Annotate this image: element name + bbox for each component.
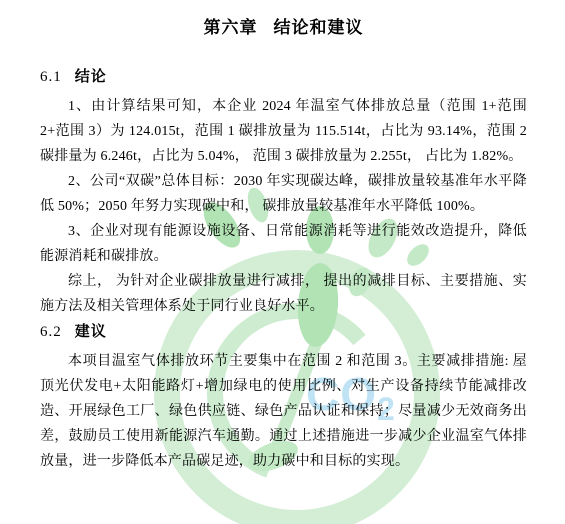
section-label: 建议 (75, 324, 107, 340)
section-number: 6.1 (40, 69, 62, 85)
section-heading-6-1: 6.1结论 (40, 68, 527, 86)
section-6-2-body: 本项目温室气体排放环节主要集中在范围 2 和范围 3。主要减排措施: 屋顶光伏发… (40, 349, 527, 474)
section-number: 6.2 (40, 324, 62, 340)
chapter-number: 第六章 (204, 18, 258, 37)
body-paragraph: 2、公司“双碳”总体目标：2030 年实现碳达峰，碳排放量较基准年水平降低 50… (40, 169, 527, 219)
body-paragraph: 3、企业对现有能源设施设备、日常能源消耗等进行能效改造提升，降低能源消耗和碳排放… (40, 219, 527, 269)
document-content: 第六章结论和建议 6.1结论 1、由计算结果可知，本企业 2024 年温室气体排… (0, 0, 565, 524)
section-6-1-body: 1、由计算结果可知，本企业 2024 年温室气体排放总量（范围 1+范围 2+范… (40, 94, 527, 319)
document-page: CO2 第六章结论和建议 6.1结论 1、由计算结果可知，本企业 2024 年温… (0, 0, 565, 524)
body-paragraph: 1、由计算结果可知，本企业 2024 年温室气体排放总量（范围 1+范围 2+范… (40, 94, 527, 169)
body-paragraph: 本项目温室气体排放环节主要集中在范围 2 和范围 3。主要减排措施: 屋顶光伏发… (40, 349, 527, 474)
section-label: 结论 (75, 69, 107, 85)
chapter-name: 结论和建议 (274, 18, 364, 37)
section-heading-6-2: 6.2建议 (40, 323, 527, 341)
page-title: 第六章结论和建议 (40, 14, 527, 40)
body-paragraph: 综上， 为针对企业碳排放量进行减排， 提出的减排目标、主要措施、实施方法及相关管… (40, 269, 527, 319)
